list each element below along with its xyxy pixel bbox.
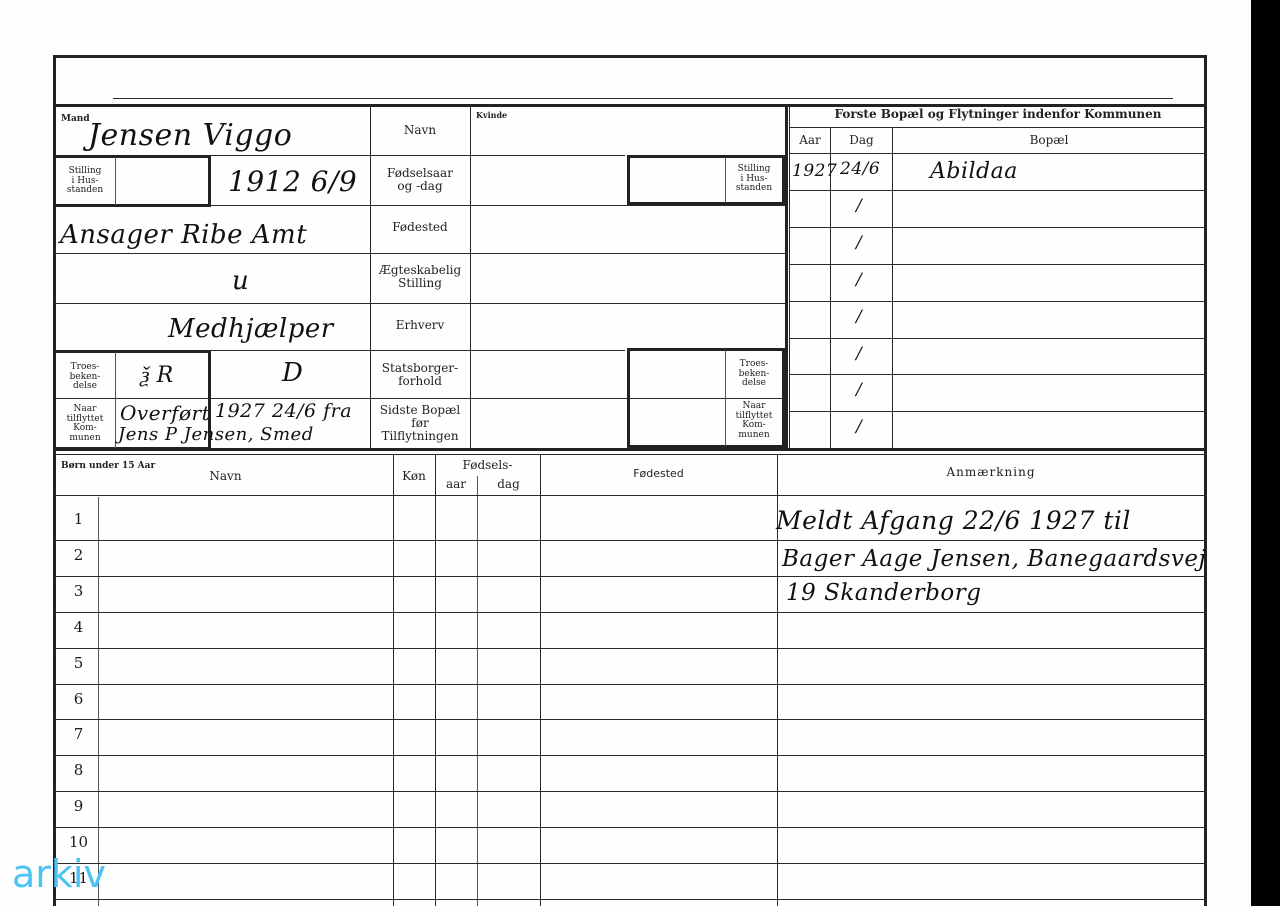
right-section-divider-2 bbox=[789, 106, 790, 448]
right-title-line bbox=[789, 127, 1205, 128]
right-row-dag: / bbox=[856, 196, 862, 216]
mand-navn-value: Jensen Viggo bbox=[88, 118, 292, 153]
right-col-dag-header: Dag bbox=[831, 134, 892, 147]
box-divider bbox=[115, 352, 116, 448]
mand-tilflyttet-value: Overført bbox=[120, 401, 210, 425]
arkiv-watermark: arkiv bbox=[12, 852, 106, 896]
child-row-number: 8 bbox=[56, 761, 101, 779]
mand-troes-value: ѯ R bbox=[140, 362, 174, 388]
children-col-fodested: Fødested bbox=[540, 467, 777, 480]
row-line bbox=[53, 303, 370, 304]
mand-fodsel-value: 1912 6/9 bbox=[228, 165, 357, 198]
child-row-line bbox=[53, 612, 1205, 613]
aegteskabelig-line2: Stilling bbox=[370, 277, 470, 290]
mand-sidste-bopael-line1: 1927 24/6 fra bbox=[215, 400, 352, 422]
mand-statsborger-value: D bbox=[282, 358, 303, 388]
mand-fodested-value: Ansager Ribe Amt bbox=[60, 220, 307, 250]
kon-col-border bbox=[393, 455, 394, 906]
child-row-number: 3 bbox=[56, 582, 101, 600]
mand-troes-label: Troes- beken- delse bbox=[56, 363, 114, 392]
child-row-line bbox=[53, 576, 1205, 577]
navn-label: Navn bbox=[370, 124, 470, 137]
fodested-label: Fødested bbox=[370, 221, 470, 234]
children-header-line bbox=[53, 495, 1207, 496]
right-row-line bbox=[789, 301, 1205, 302]
row-line bbox=[370, 155, 470, 156]
anmaerkning-line2: Bager Aage Jensen, Banegaardsvej bbox=[782, 546, 1206, 572]
row-line bbox=[470, 205, 785, 206]
mand-label: Mand bbox=[61, 114, 90, 124]
right-header-line bbox=[789, 153, 1205, 154]
right-row-dag: / bbox=[856, 417, 862, 437]
right-row-dag: / bbox=[856, 233, 862, 253]
right-section-title: Forste Bopæl og Flytninger indenfor Komm… bbox=[792, 108, 1204, 121]
anmaerkning-line3: 19 Skanderborg bbox=[786, 580, 981, 606]
child-row-line bbox=[53, 755, 1205, 756]
row-line bbox=[470, 155, 625, 156]
child-row-line bbox=[53, 863, 1205, 864]
row-line bbox=[370, 398, 470, 399]
kvinde-naar-label: Naar tilflyttet Kom- munen bbox=[726, 402, 782, 440]
stilling-line3: standen bbox=[726, 184, 782, 194]
troes-line3: delse bbox=[56, 382, 114, 392]
mand-erhverv-value: Medhjælper bbox=[168, 314, 334, 344]
mand-stilling-label: Stilling i Hus- standen bbox=[56, 167, 114, 196]
child-row-line bbox=[53, 684, 1205, 685]
child-row-number: 9 bbox=[56, 797, 101, 815]
label-col-right-border bbox=[470, 106, 471, 448]
child-row-number: 6 bbox=[56, 690, 101, 708]
children-col-anmaerkning: Anmærkning bbox=[777, 466, 1205, 479]
right-col-dag-border bbox=[892, 128, 893, 448]
title-underline bbox=[113, 98, 1173, 99]
scan-edge-strip bbox=[1251, 0, 1280, 906]
row-line bbox=[370, 303, 470, 304]
anmaerkning-line1: Meldt Afgang 22/6 1927 til bbox=[776, 506, 1131, 535]
right-row-line bbox=[789, 374, 1205, 375]
child-row-number: 10 bbox=[56, 833, 101, 851]
erhverv-label: Erhverv bbox=[370, 319, 470, 332]
naar-line4: munen bbox=[56, 434, 114, 444]
right-row-line bbox=[789, 190, 1205, 191]
fodselsaar-line2: og -dag bbox=[370, 180, 470, 193]
aar-col-border bbox=[435, 455, 436, 906]
children-col-fodsels: Fødsels- bbox=[435, 459, 540, 472]
naar-line4: munen bbox=[726, 431, 782, 441]
frame-top-line bbox=[53, 55, 1207, 58]
child-row-number: 5 bbox=[56, 654, 101, 672]
children-col-navn: Navn bbox=[98, 470, 353, 483]
statsborger-line2: forhold bbox=[370, 375, 470, 388]
statsborger-label: Statsborger- forhold bbox=[370, 362, 470, 388]
child-row-line bbox=[53, 719, 1205, 720]
kvinde-troes-label: Troes- beken- delse bbox=[726, 360, 782, 389]
child-row-line bbox=[53, 899, 1205, 900]
child-row-line bbox=[53, 827, 1205, 828]
mand-aegteskab-value: u bbox=[232, 266, 249, 296]
box-divider bbox=[115, 157, 116, 205]
right-section-divider bbox=[785, 106, 788, 448]
right-row-aar: 1927 bbox=[792, 161, 837, 181]
right-row-dag: / bbox=[856, 344, 862, 364]
row-line bbox=[53, 253, 370, 254]
child-row-line bbox=[53, 540, 1205, 541]
right-row-line bbox=[789, 411, 1205, 412]
row-line bbox=[470, 253, 785, 254]
child-row-number: 1 bbox=[56, 510, 101, 528]
right-col-aar-header: Aar bbox=[790, 134, 830, 147]
aegteskabelig-label: Ægteskabelig Stilling bbox=[370, 264, 470, 290]
children-col-aar: aar bbox=[435, 478, 477, 491]
right-row-dag: / bbox=[856, 307, 862, 327]
kvinde-label: Kvinde bbox=[476, 110, 507, 120]
child-row-line bbox=[53, 648, 1205, 649]
row-line bbox=[370, 205, 470, 206]
frame-right-line bbox=[1204, 55, 1207, 906]
right-row-line bbox=[789, 264, 1205, 265]
right-row-bopael: Abildaa bbox=[930, 159, 1018, 184]
right-row-line bbox=[789, 227, 1205, 228]
mand-sidste-bopael-line2: Jens P Jensen, Smed bbox=[118, 424, 314, 445]
mand-naar-label: Naar tilflyttet Kom- munen bbox=[56, 405, 114, 443]
right-row-dag: / bbox=[856, 270, 862, 290]
child-row-number: 7 bbox=[56, 725, 101, 743]
row-line bbox=[370, 253, 470, 254]
right-row-line bbox=[789, 338, 1205, 339]
fodselsaar-label: Fødselsaar og -dag bbox=[370, 167, 470, 193]
row-line bbox=[470, 350, 625, 351]
top-section-bottom-line bbox=[53, 448, 1207, 451]
right-col-bopael-header: Bopæl bbox=[893, 134, 1205, 147]
troes-line3: delse bbox=[726, 379, 782, 389]
child-row-number: 4 bbox=[56, 618, 101, 636]
fodested-col-border bbox=[540, 455, 541, 906]
child-row-number: 2 bbox=[56, 546, 101, 564]
row-line bbox=[370, 350, 470, 351]
right-row-dag: 24/6 bbox=[840, 159, 880, 179]
kvinde-stilling-label: Stilling i Hus- standen bbox=[726, 165, 782, 194]
right-row-dag: / bbox=[856, 380, 862, 400]
sidste-line3: Tilflytningen bbox=[370, 430, 470, 443]
top-section-bottom-line-2 bbox=[53, 454, 1207, 455]
child-row-line bbox=[53, 791, 1205, 792]
stilling-line3: standen bbox=[56, 186, 114, 196]
children-col-kon: Køn bbox=[393, 470, 435, 483]
sidste-bopael-label: Sidste Bopæl før Tilflytningen bbox=[370, 404, 470, 443]
row-line bbox=[470, 303, 785, 304]
children-col-dag: dag bbox=[477, 478, 540, 491]
